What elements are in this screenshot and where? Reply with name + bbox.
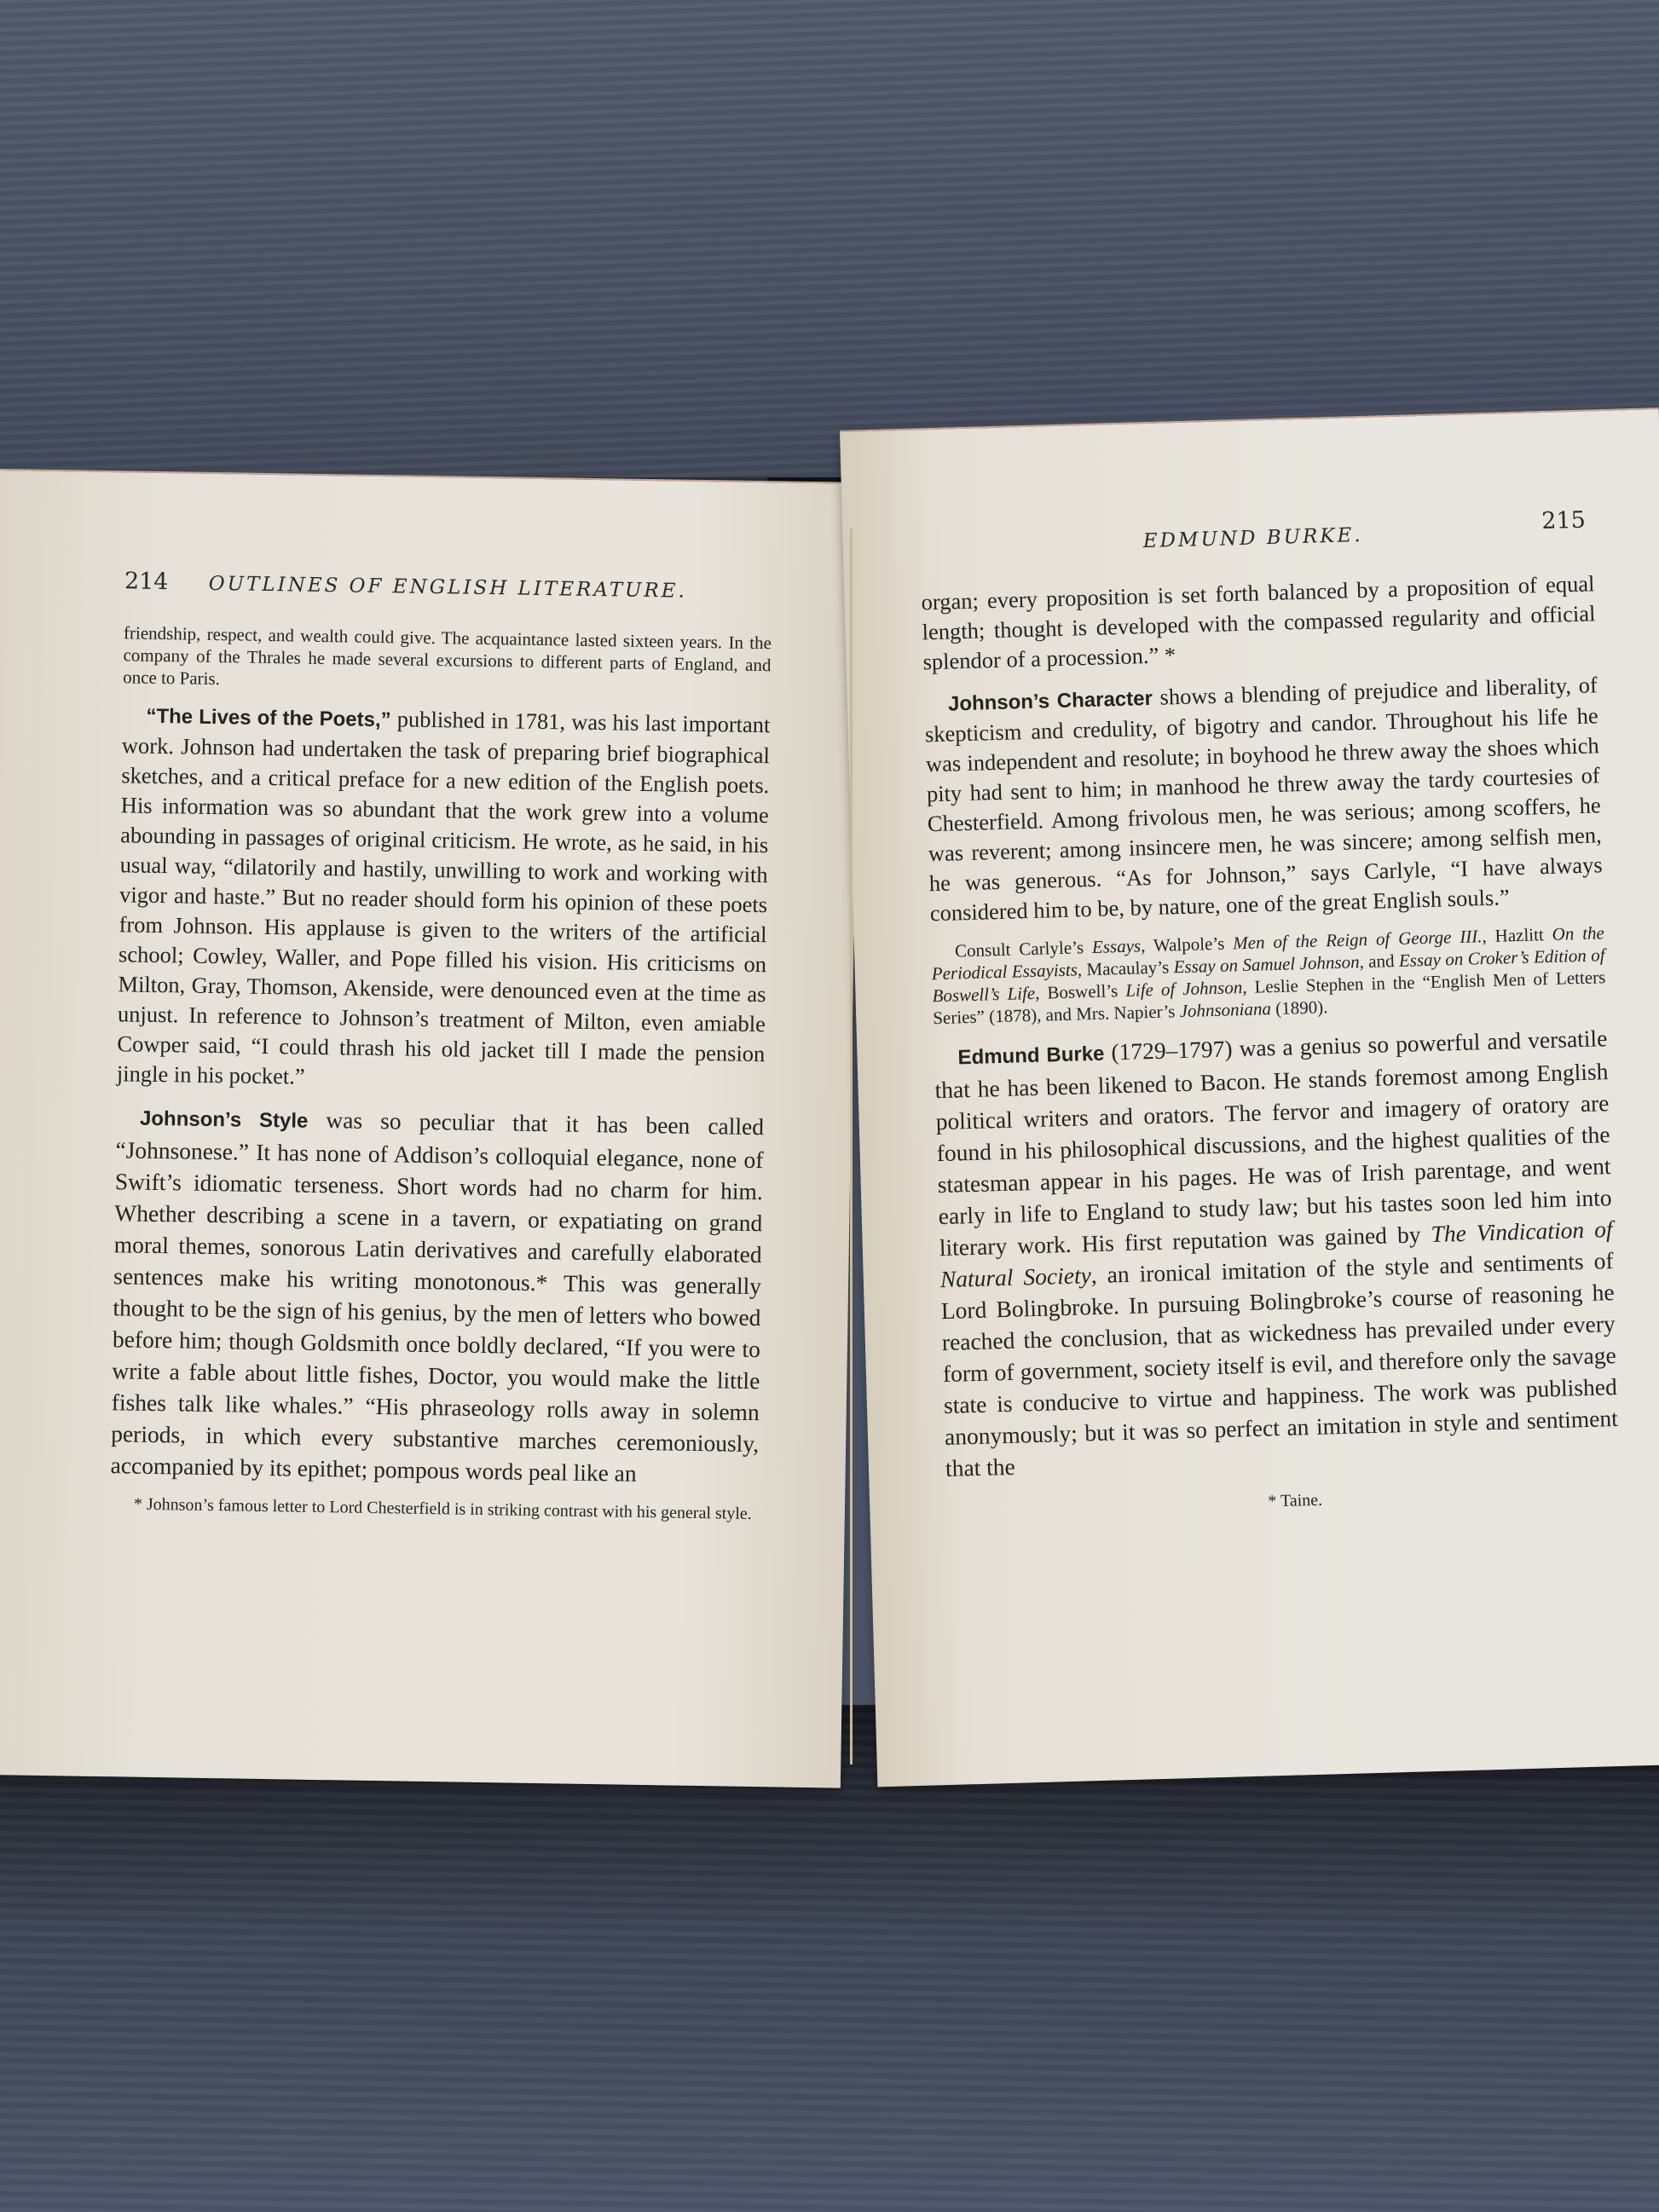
page-number: 215 [1541,507,1586,534]
right-page: EDMUND BURKE. 215 organ; every propositi… [840,407,1659,1787]
reference-text: , Macaulay’s [1077,956,1173,979]
references-note: Consult Carlyle’s Essays, Walpole’s Men … [931,921,1607,1029]
section-heading: Johnson’s Style [140,1107,309,1133]
page-number: 214 [124,568,169,595]
footnote: * Taine. [946,1477,1621,1526]
reference-text: , Boswell’s [1035,980,1126,1003]
running-head: OUTLINES OF ENGLISH LITERATURE. [209,573,687,603]
footnote: * Johnson’s famous letter to Lord Cheste… [110,1493,758,1525]
paragraph: organ; every proposition is set forth ba… [921,569,1597,677]
left-page: 214 OUTLINES OF ENGLISH LITERATURE. frie… [0,469,861,1788]
paragraph: Johnson’s Style was so peculiar that it … [110,1100,764,1491]
section-heading: Edmund Burke [957,1042,1105,1070]
cited-work-title: Essays [1092,935,1142,957]
paragraph: Johnson’s Character shows a blending of … [924,670,1604,928]
running-head: EDMUND BURKE. [1142,524,1363,552]
section-heading: Johnson’s Character [948,687,1153,716]
reference-text: (1890). [1271,996,1328,1019]
reference-text: , Hazlitt [1482,924,1552,946]
paragraph: “The Lives of the Poets,” published in 1… [117,700,771,1099]
cited-work-title: Life of Johnson [1125,977,1243,1001]
cited-work-title: Johnsoniana [1179,998,1271,1021]
cited-work-title: Essay on Samuel Johnson [1173,951,1360,977]
left-page-header: 214 OUTLINES OF ENGLISH LITERATURE. [124,568,687,603]
left-page-body: friendship, respect, and wealth could gi… [110,621,772,1537]
reference-text: Consult Carlyle’s [955,937,1093,961]
paragraph: friendship, respect, and wealth could gi… [123,621,772,698]
right-page-header: EDMUND BURKE. [1142,524,1363,552]
reference-text: , and [1359,950,1399,972]
book-spine [850,528,853,1764]
reference-text: , Walpole’s [1141,933,1234,956]
section-heading: “The Lives of the Poets,” [146,705,391,732]
paragraph: Edmund Burke (1729–1797) was a genius so… [934,1022,1619,1484]
right-page-body: organ; every proposition is set forth ba… [921,569,1621,1538]
